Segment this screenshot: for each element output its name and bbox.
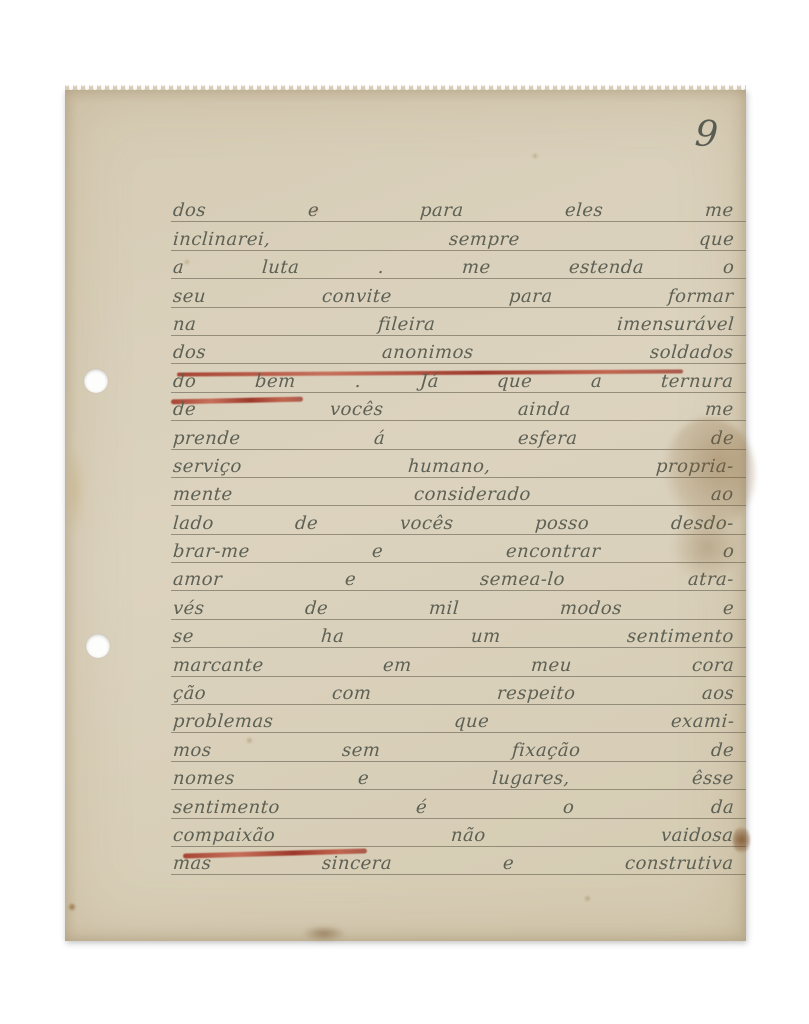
handwritten-word: que bbox=[497, 371, 534, 392]
handwritten-word: e bbox=[503, 853, 516, 874]
handwritten-word: dos bbox=[172, 342, 207, 363]
handwritten-word: me bbox=[705, 399, 735, 420]
handwritten-word: eles bbox=[565, 200, 605, 221]
handwritten-word: considerado bbox=[413, 484, 531, 505]
handwritten-word: um bbox=[470, 626, 501, 647]
manuscript-line: amoresemea-loatra- bbox=[171, 563, 746, 591]
manuscript-line: dosanonimossoldados bbox=[171, 336, 746, 364]
handwritten-word: á bbox=[373, 428, 386, 449]
handwritten-word: modos bbox=[559, 598, 622, 619]
handwritten-word: sincera bbox=[322, 853, 394, 874]
handwritten-word: sentimento bbox=[172, 797, 280, 818]
scan-background: 9 doseparaelesmeinclinarei,semprequealut… bbox=[0, 0, 809, 1024]
foxing-spot bbox=[313, 208, 318, 213]
handwritten-word: bem bbox=[254, 371, 296, 392]
manuscript-line: devocêsaindame bbox=[171, 393, 746, 421]
handwritten-word: e bbox=[345, 569, 358, 590]
manuscript-paper-sheet: 9 doseparaelesmeinclinarei,semprequealut… bbox=[65, 90, 746, 941]
handwritten-word: sempre bbox=[449, 229, 521, 250]
handwritten-word: é bbox=[415, 797, 428, 818]
handwritten-word: de bbox=[710, 428, 735, 449]
manuscript-line: mossemfixaçãode bbox=[171, 733, 746, 761]
page-number: 9 bbox=[694, 113, 720, 155]
handwritten-word: para bbox=[420, 200, 465, 221]
handwritten-word: do bbox=[172, 371, 197, 392]
foxing-spot bbox=[533, 154, 537, 158]
manuscript-line: massinceraeconstrutiva bbox=[171, 847, 746, 875]
manuscript-line: inclinarei,sempreque bbox=[171, 222, 746, 250]
manuscript-line: compaixãonãovaidosa bbox=[171, 819, 746, 847]
handwritten-word: . bbox=[354, 371, 362, 392]
ruled-text-block: doseparaelesmeinclinarei,semprequealuta.… bbox=[171, 194, 746, 875]
manuscript-line: çãocomrespeitoaos bbox=[171, 677, 746, 705]
manuscript-line: sehaumsentimento bbox=[171, 620, 746, 648]
handwritten-word: seu bbox=[172, 286, 206, 307]
handwritten-word: em bbox=[382, 655, 412, 676]
handwritten-word: o bbox=[722, 541, 735, 562]
handwritten-word: mas bbox=[172, 853, 212, 874]
handwritten-word: o bbox=[722, 257, 735, 278]
handwritten-word: fileira bbox=[377, 314, 436, 335]
handwritten-word: propria- bbox=[656, 456, 735, 477]
handwritten-word: a bbox=[591, 371, 604, 392]
foxing-spot bbox=[69, 904, 75, 910]
foxing-spot bbox=[585, 896, 590, 901]
manuscript-line: nomeselugares,êsse bbox=[171, 762, 746, 790]
manuscript-line: vésdemilmodose bbox=[171, 591, 746, 619]
manuscript-line: seuconviteparaformar bbox=[171, 279, 746, 307]
manuscript-line: sentimentoéoda bbox=[171, 790, 746, 818]
handwritten-word: de bbox=[295, 513, 320, 534]
handwritten-word: semea-lo bbox=[479, 569, 565, 590]
handwritten-word: se bbox=[172, 626, 194, 647]
stain bbox=[303, 926, 345, 941]
handwritten-word: e bbox=[371, 541, 384, 562]
handwritten-word: e bbox=[722, 598, 735, 619]
handwritten-word: sem bbox=[342, 740, 382, 761]
handwritten-word: soldados bbox=[650, 342, 735, 363]
torn-edge-decoration bbox=[65, 85, 746, 90]
handwritten-word: serviço bbox=[172, 456, 242, 477]
handwritten-word: mos bbox=[172, 740, 212, 761]
handwritten-word: formar bbox=[668, 286, 735, 307]
handwritten-word: da bbox=[710, 797, 735, 818]
manuscript-line: serviçohumano,propria- bbox=[171, 450, 746, 478]
handwritten-word: para bbox=[508, 286, 553, 307]
handwritten-word: ha bbox=[320, 626, 345, 647]
handwritten-word: compaixão bbox=[172, 825, 276, 846]
handwritten-word: nomes bbox=[172, 768, 235, 789]
handwritten-word: marcante bbox=[172, 655, 264, 676]
handwritten-word: mente bbox=[172, 484, 233, 505]
handwritten-word: me bbox=[705, 200, 735, 221]
stain bbox=[67, 448, 84, 532]
handwritten-word: convite bbox=[322, 286, 393, 307]
manuscript-line: dobem.Jáqueaternura bbox=[171, 364, 746, 392]
handwritten-word: vés bbox=[172, 598, 205, 619]
handwritten-word: encontrar bbox=[505, 541, 601, 562]
handwritten-word: vaidosa bbox=[661, 825, 735, 846]
manuscript-line: marcanteemmeucora bbox=[171, 648, 746, 676]
handwritten-word: ainda bbox=[517, 399, 571, 420]
handwritten-word: cora bbox=[691, 655, 735, 676]
handwritten-word: que bbox=[454, 711, 491, 732]
handwritten-word: ternura bbox=[661, 371, 735, 392]
handwritten-word: ao bbox=[711, 484, 735, 505]
handwritten-word: aos bbox=[701, 683, 735, 704]
handwritten-word: não bbox=[450, 825, 486, 846]
manuscript-line: aluta.meestendao bbox=[171, 251, 746, 279]
handwritten-word: prende bbox=[172, 428, 241, 449]
handwritten-word: de bbox=[305, 598, 330, 619]
handwritten-word: a bbox=[172, 257, 185, 278]
manuscript-line: brar-meeencontraro bbox=[171, 535, 746, 563]
handwritten-word: de bbox=[172, 399, 197, 420]
handwritten-word: de bbox=[710, 740, 735, 761]
handwritten-word: desdo- bbox=[670, 513, 734, 534]
handwritten-word: posso bbox=[535, 513, 591, 534]
manuscript-line: menteconsideradoao bbox=[171, 478, 746, 506]
handwritten-word: ção bbox=[172, 683, 207, 704]
handwritten-word: anonimos bbox=[382, 342, 475, 363]
handwritten-word: estenda bbox=[569, 257, 646, 278]
manuscript-line: nafileiraimensurável bbox=[171, 308, 746, 336]
punch-hole bbox=[86, 634, 110, 658]
handwritten-word: problemas bbox=[172, 711, 274, 732]
handwritten-word: luta bbox=[262, 257, 301, 278]
handwritten-word: com bbox=[331, 683, 372, 704]
handwritten-word: lugares, bbox=[491, 768, 570, 789]
manuscript-line: problemasqueexami- bbox=[171, 705, 746, 733]
handwritten-word: lado bbox=[172, 513, 214, 534]
handwritten-word: exami- bbox=[670, 711, 735, 732]
handwritten-word: e bbox=[357, 768, 370, 789]
handwritten-word: o bbox=[563, 797, 576, 818]
handwritten-word: mil bbox=[428, 598, 460, 619]
handwritten-word: inclinarei, bbox=[172, 229, 271, 250]
handwritten-word: na bbox=[172, 314, 197, 335]
handwritten-word: respeito bbox=[497, 683, 577, 704]
foxing-spot bbox=[185, 260, 189, 264]
handwritten-word: . bbox=[377, 257, 385, 278]
handwritten-word: brar-me bbox=[172, 541, 250, 562]
handwritten-word: dos bbox=[172, 200, 207, 221]
handwritten-word: construtiva bbox=[625, 853, 735, 874]
handwritten-word: êsse bbox=[691, 768, 734, 789]
manuscript-line: ladodevocêspossodesdo- bbox=[171, 506, 746, 534]
handwritten-word: imensurável bbox=[616, 314, 735, 335]
handwritten-word: vocês bbox=[330, 399, 385, 420]
handwritten-word: que bbox=[698, 229, 735, 250]
handwritten-word: esfera bbox=[517, 428, 578, 449]
foxing-spot bbox=[247, 738, 252, 743]
handwritten-word: atra- bbox=[687, 569, 734, 590]
handwritten-word: sentimento bbox=[626, 626, 734, 647]
handwritten-word: meu bbox=[531, 655, 573, 676]
punch-hole bbox=[84, 369, 108, 393]
handwritten-word: Já bbox=[419, 371, 439, 392]
handwritten-word: fixação bbox=[511, 740, 581, 761]
manuscript-line: prendeáesferade bbox=[171, 421, 746, 449]
handwritten-word: amor bbox=[172, 569, 223, 590]
handwritten-word: humano, bbox=[407, 456, 491, 477]
manuscript-line: doseparaelesme bbox=[171, 194, 746, 222]
handwritten-word: me bbox=[462, 257, 492, 278]
handwritten-word: vocês bbox=[400, 513, 455, 534]
